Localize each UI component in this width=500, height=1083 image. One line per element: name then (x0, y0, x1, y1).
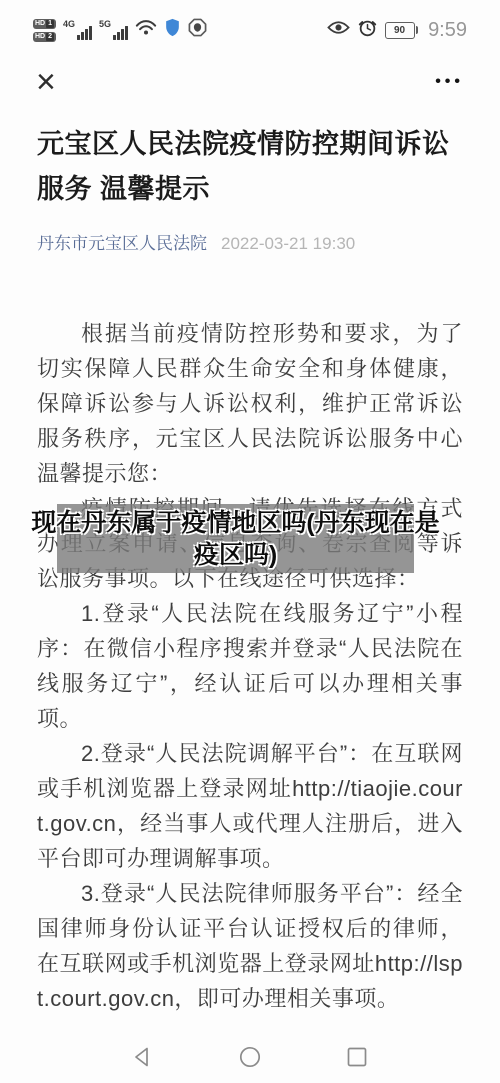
wifi-icon (135, 19, 157, 41)
back-icon[interactable] (130, 1044, 156, 1070)
network-5g-label: 5G (99, 20, 111, 29)
signal-5g-icon: 5G (99, 20, 128, 40)
phone-screen: HD1 HD2 4G 5G (0, 0, 500, 1083)
alarm-clock-icon (358, 18, 377, 42)
more-options-button[interactable]: ••• (435, 73, 464, 91)
watermark-line-1: 现在丹东属于疫情地区吗(丹东现在是 (31, 507, 439, 539)
status-bar: HD1 HD2 4G 5G (0, 0, 500, 52)
publish-time: 2022-03-21 19:30 (221, 234, 355, 254)
paragraph-intro: 根据当前疫情防控形势和要求，为了切实保障人民群众生命安全和身体健康，保障诉讼参与… (37, 316, 463, 491)
hd-volte-sim2-icon: HD2 (33, 32, 56, 42)
paragraph-item-1: 1.登录“人民法院在线服务辽宁”小程序：在微信小程序搜索并登录“人民法院在线服务… (37, 596, 463, 736)
paragraph-item-2: 2.登录“人民法院调解平台”：在互联网或手机浏览器上登录网址http://tia… (37, 736, 463, 876)
article-body: 根据当前疫情防控形势和要求，为了切实保障人民群众生命安全和身体健康，保障诉讼参与… (37, 316, 463, 1016)
watermark-caption-overlay: 现在丹东属于疫情地区吗(丹东现在是 疫区吗) (57, 504, 414, 573)
byline: 丹东市元宝区人民法院 2022-03-21 19:30 (37, 229, 463, 254)
article-title: 元宝区人民法院疫情防控期间诉讼服务 温馨提示 (37, 122, 463, 212)
battery-icon: 90 (385, 22, 419, 39)
signal-4g-icon: 4G (63, 20, 92, 40)
status-bar-left: HD1 HD2 4G 5G (33, 18, 207, 42)
network-4g-label: 4G (63, 20, 75, 29)
security-shield-icon (164, 18, 181, 42)
octagon-badge-icon (188, 18, 207, 42)
hd-volte-badges: HD1 HD2 (33, 19, 56, 42)
eye-comfort-icon (327, 20, 350, 40)
hd-volte-sim1-icon: HD1 (33, 19, 56, 29)
watermark-line-2: 疫区吗) (194, 539, 277, 571)
sim1-number: 1 (46, 20, 54, 28)
hd-label: HD (35, 33, 45, 41)
recents-icon[interactable] (344, 1044, 370, 1070)
navigation-bar (0, 1031, 500, 1083)
battery-percent: 90 (394, 25, 405, 36)
hd-label: HD (35, 20, 45, 28)
status-bar-time: 9:59 (428, 19, 467, 42)
paragraph-item-3: 3.登录“人民法院律师服务平台”：经全国律师身份认证平台认证授权后的律师，在互联… (37, 876, 463, 1016)
author-link[interactable]: 丹东市元宝区人民法院 (37, 229, 207, 254)
app-header: × ••• (0, 52, 500, 108)
status-bar-right: 90 9:59 (327, 18, 467, 42)
close-button[interactable]: × (36, 65, 56, 99)
sim2-number: 2 (46, 33, 54, 41)
home-icon[interactable] (237, 1044, 263, 1070)
